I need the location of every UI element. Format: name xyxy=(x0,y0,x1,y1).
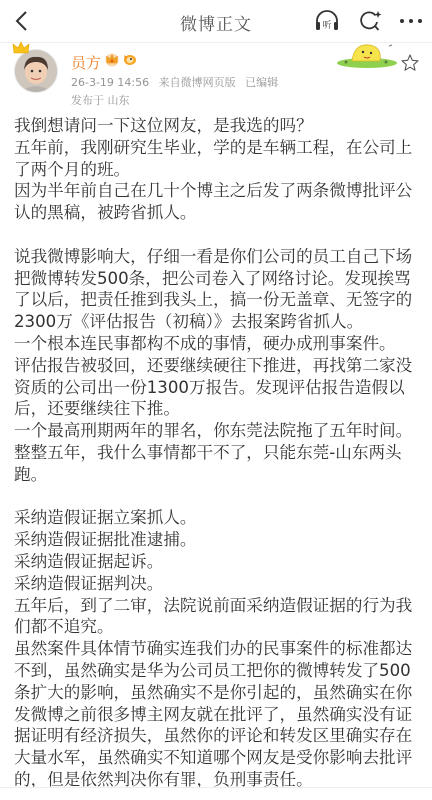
search-button[interactable] xyxy=(358,9,384,33)
post-paragraph: 采纳造假证据批准逮捕。 xyxy=(14,529,420,551)
post-paragraph: 采纳造假证据立案抓人。 xyxy=(14,507,420,529)
paragraph-spacer xyxy=(14,486,420,508)
post-paragraph: 说我微博影响大，仔细一看是你们公司的员工自己下场把微博转发500条，把公司卷入了… xyxy=(14,246,420,333)
post-paragraph: 采纳造假证据起诉。 xyxy=(14,551,420,573)
post-paragraph: 评估报告被驳回，还要继续硬往下推进，再找第二家没资质的公司出一份1300万报告。… xyxy=(14,355,420,420)
post-paragraph: 因为半年前自己在几十个博主之后发了两条微博批评公认的黑稿，被跨省抓人。 xyxy=(14,180,420,224)
author-name[interactable]: 员方 xyxy=(71,52,101,73)
listen-icon: 听 xyxy=(314,9,340,33)
svg-text:听: 听 xyxy=(322,19,331,31)
avatar xyxy=(14,49,58,93)
more-icon xyxy=(396,9,426,33)
paragraph-spacer xyxy=(14,224,420,246)
favorite-button[interactable] xyxy=(400,53,420,73)
star-icon xyxy=(400,53,420,73)
post-paragraph: 五年后，到了二审，法院说前面采纳造假证据的行为我们都不追究。 xyxy=(14,595,420,639)
bottom-divider xyxy=(0,787,432,800)
post-source: 来自微博网页版 xyxy=(159,76,236,89)
post-paragraph: 五年前，我刚研究生毕业，学的是车辆工程，在公司上了两个月的班。 xyxy=(14,137,420,181)
top-navigation-bar: 微博正文 听 xyxy=(0,0,432,43)
edited-label[interactable]: 已编辑 xyxy=(245,76,278,89)
post-paragraph: 一个根本连民事都构不成的事情，硬办成刑事案件。 xyxy=(14,333,420,355)
more-button[interactable] xyxy=(396,9,426,33)
post-paragraph: 虽然案件具体情节确实连我们办的民事案件的标准都达不到，虽然确实是华为公司员工把你… xyxy=(14,638,420,791)
post-location: 发布于 山东 xyxy=(71,92,130,108)
post-paragraph: 一个最高刑期两年的罪名，你东莞法院拖了五年时间。整整五年，我什么事情都干不了，只… xyxy=(14,420,420,485)
post-author-header: 员方 26-3-19 14:56 来自微博网页版 已编辑 发布于 山东 xyxy=(0,43,432,109)
post-paragraph: 采纳造假证据判决。 xyxy=(14,573,420,595)
fish-badge-icon[interactable] xyxy=(122,51,138,67)
avatar-button[interactable] xyxy=(14,49,58,93)
crown-icon xyxy=(12,41,30,55)
post-body: 我倒想请问一下这位网友，是我选的吗？ 五年前，我刚研究生毕业，学的是车辆工程，在… xyxy=(14,115,420,791)
decorative-sticker-icon xyxy=(334,43,400,69)
post-paragraph: 我倒想请问一下这位网友，是我选的吗？ xyxy=(14,115,420,137)
member-crown-badge-icon[interactable] xyxy=(104,51,120,67)
search-icon xyxy=(358,9,384,33)
post-meta: 26-3-19 14:56 来自微博网页版 已编辑 xyxy=(71,74,284,90)
post-time: 26-3-19 14:56 xyxy=(71,76,149,89)
listen-button[interactable]: 听 xyxy=(314,9,340,33)
avatar-image xyxy=(15,50,57,92)
